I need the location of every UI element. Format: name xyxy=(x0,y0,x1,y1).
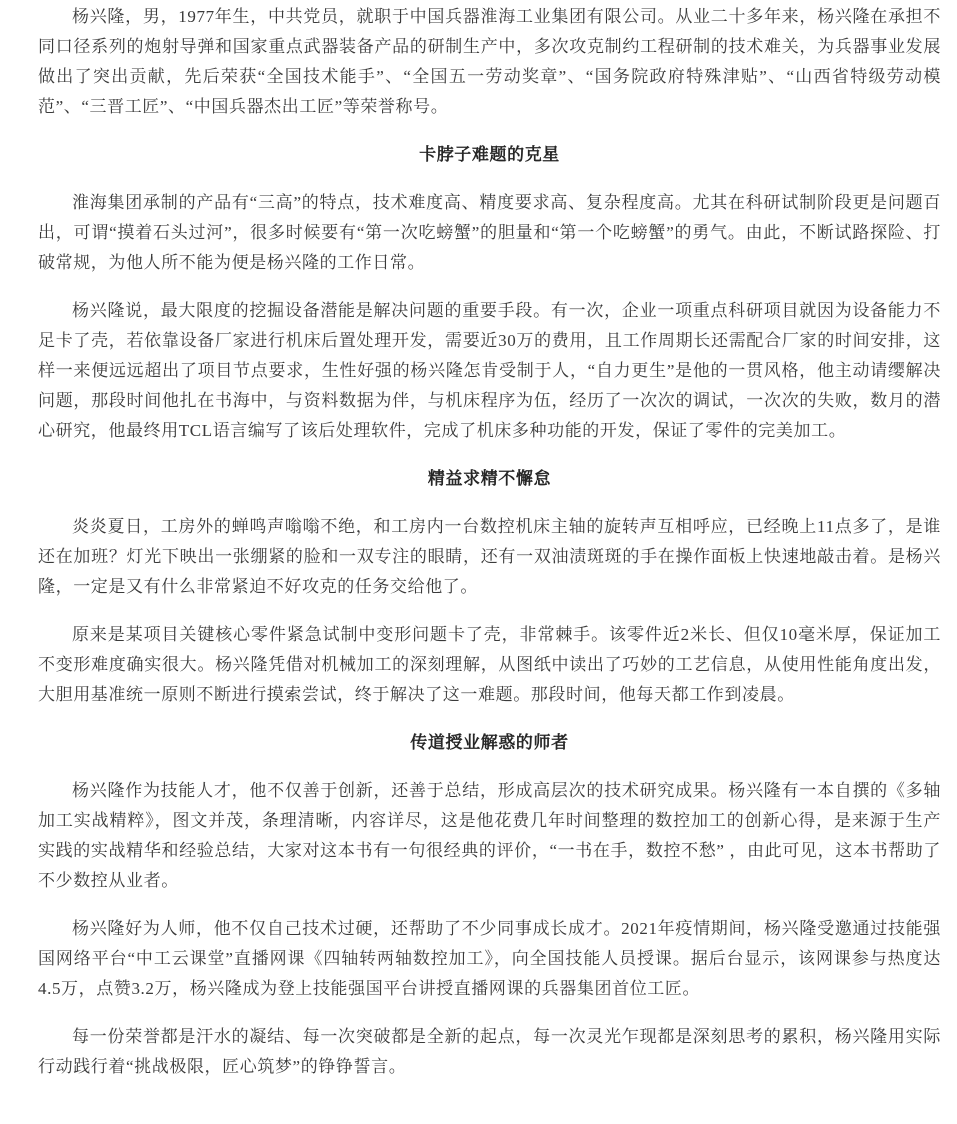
article-body: 杨兴隆，男，1977年生，中共党员，就职于中国兵器淮海工业集团有限公司。从业二十… xyxy=(0,0,957,1120)
section-heading-2: 精益求精不懈怠 xyxy=(38,464,941,494)
article-paragraph: 原来是某项目关键核心零件紧急试制中变形问题卡了壳，非常棘手。该零件近2米长、但仅… xyxy=(38,620,941,710)
article-paragraph: 杨兴隆说，最大限度的挖掘设备潜能是解决问题的重要手段。有一次，企业一项重点科研项… xyxy=(38,296,941,446)
article-paragraph: 淮海集团承制的产品有“三高”的特点，技术难度高、精度要求高、复杂程度高。尤其在科… xyxy=(38,188,941,278)
section-heading-3: 传道授业解惑的师者 xyxy=(38,728,941,758)
article-paragraph: 杨兴隆作为技能人才，他不仅善于创新，还善于总结，形成高层次的技术研究成果。杨兴隆… xyxy=(38,776,941,896)
article-paragraph: 炎炎夏日，工房外的蝉鸣声嗡嗡不绝，和工房内一台数控机床主轴的旋转声互相呼应，已经… xyxy=(38,512,941,602)
section-heading-1: 卡脖子难题的克星 xyxy=(38,140,941,170)
document-page: 杨兴隆，男，1977年生，中共党员，就职于中国兵器淮海工业集团有限公司。从业二十… xyxy=(0,0,957,1124)
article-paragraph: 杨兴隆好为人师，他不仅自己技术过硬，还帮助了不少同事成长成才。2021年疫情期间… xyxy=(38,914,941,1004)
closing-paragraph: 每一份荣誉都是汗水的凝结、每一次突破都是全新的起点，每一次灵光乍现都是深刻思考的… xyxy=(38,1022,941,1082)
intro-paragraph: 杨兴隆，男，1977年生，中共党员，就职于中国兵器淮海工业集团有限公司。从业二十… xyxy=(38,2,941,122)
